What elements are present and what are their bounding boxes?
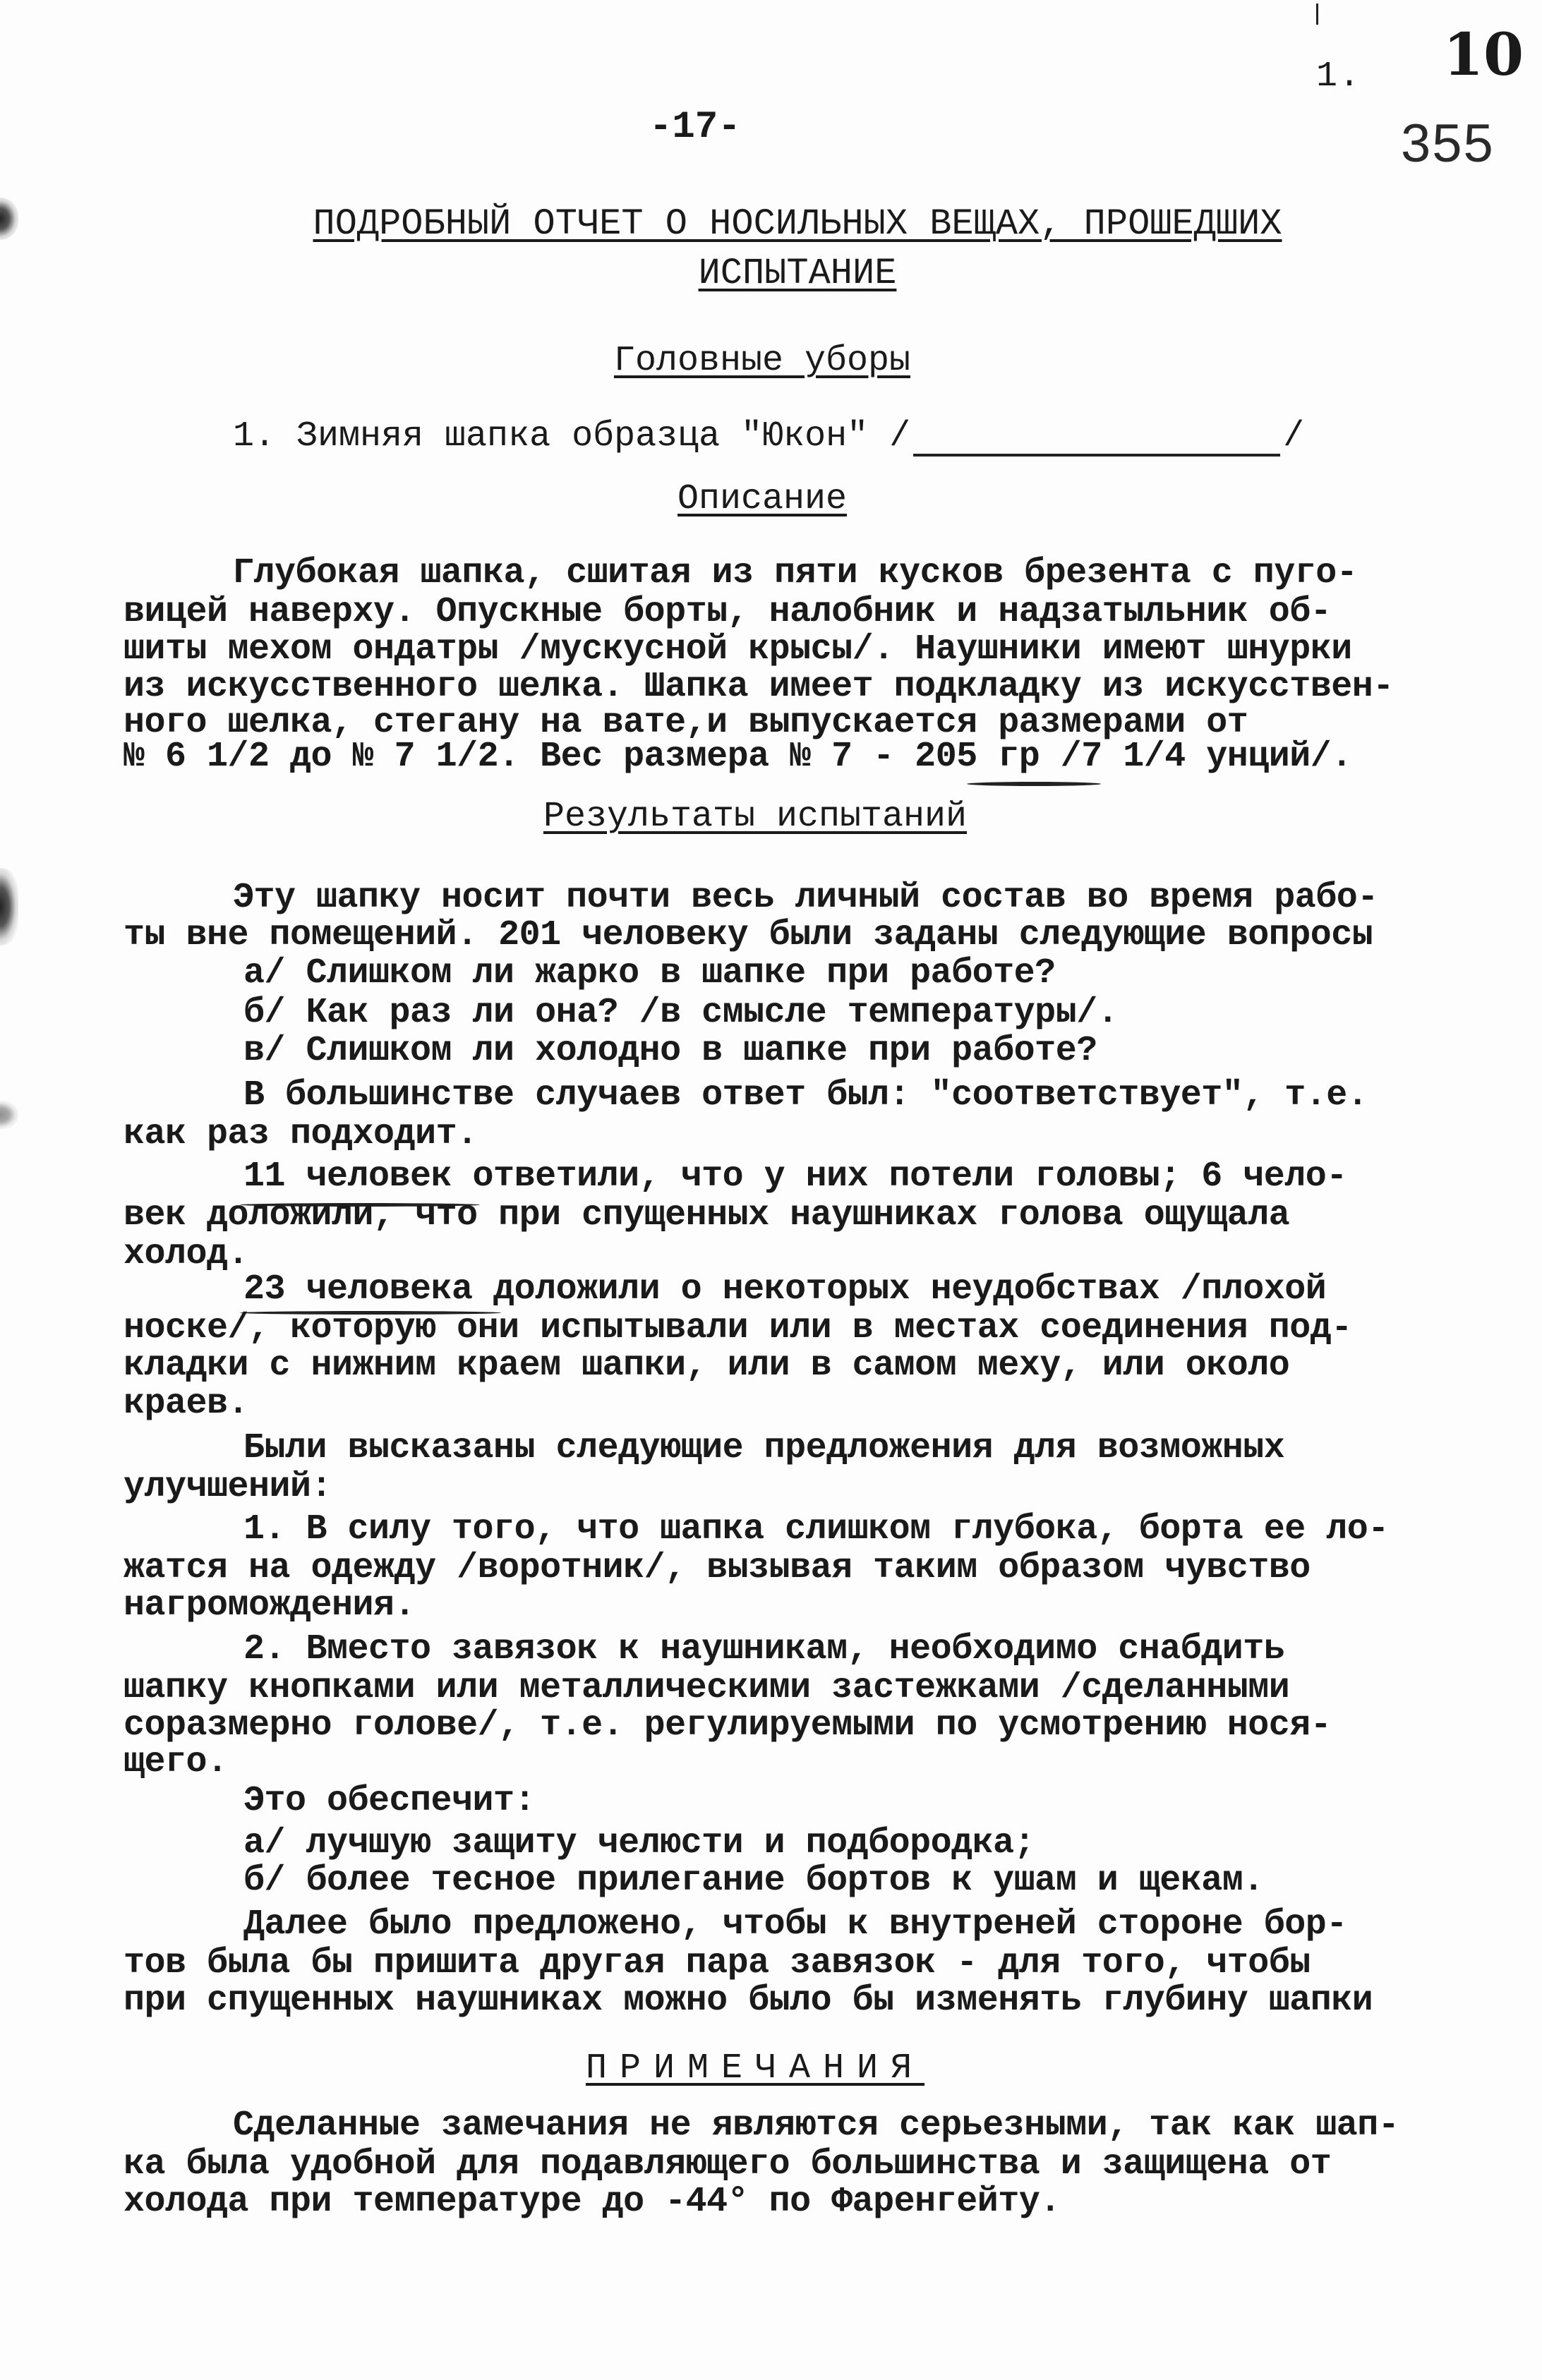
document-title-text: ПОДРОБНЫЙ ОТЧЕТ О НОСИЛЬНЫХ ВЕЩАХ, ПРОШЕ…	[313, 203, 1282, 245]
heading-text: Описание	[677, 479, 847, 519]
item-title-text: 1. Зимняя шапка образца "Юкон" /	[233, 416, 910, 457]
scan-artifact	[0, 868, 18, 946]
paragraph-line: улучшений:	[124, 1468, 332, 1507]
section-heading-headwear: Головные уборы	[92, 340, 1433, 382]
item-title-end: /	[1283, 416, 1304, 457]
question-line: в/ Слишком ли холодно в шапке при работе…	[243, 1032, 1097, 1071]
section-heading-results: Результаты испытаний	[85, 796, 1426, 838]
document-title-text: ИСПЫТАНИЕ	[699, 253, 897, 294]
suggestion-line: 1. В силу того, что шапка слишком глубок…	[243, 1510, 1389, 1550]
paragraph-line: щего.	[124, 1743, 228, 1782]
paragraph-line: шиты мехом ондатры /мускусной крысы/. На…	[124, 630, 1352, 670]
paragraph-line: вицей наверху. Опускные борты, налобник …	[124, 593, 1331, 632]
handwritten-underline	[967, 782, 1101, 786]
folio-small: 1.	[1316, 56, 1361, 97]
paragraph-line: жатся на одежду /воротник/, вызывая таки…	[124, 1549, 1311, 1588]
paragraph-line: 23 человека доложили о некоторых неудобс…	[243, 1270, 1326, 1310]
scan-artifact	[0, 198, 18, 240]
heading-text: Головные уборы	[614, 341, 910, 381]
question-line: а/ Слишком ли жарко в шапке при работе?	[243, 954, 1056, 993]
paragraph-line: соразмерно голове/, т.е. регулируемыми п…	[124, 1706, 1331, 1746]
paragraph-line: век доложили, что при спущенных наушника…	[124, 1196, 1289, 1236]
folio-number: 10	[1443, 21, 1524, 89]
question-line: б/ Как раз ли она? /в смысле температуры…	[243, 993, 1118, 1033]
paragraph-line: носке/, которую они испытывали или в мес…	[124, 1309, 1352, 1348]
paragraph-line: В большинстве случаев ответ был: "соотве…	[243, 1076, 1368, 1116]
paragraph-line: Эту шапку носит почти весь личный состав…	[233, 878, 1378, 918]
page-number: -17-	[649, 106, 741, 149]
paragraph-line: Были высказаны следующие предложения для…	[243, 1429, 1284, 1468]
paragraph-line: кладки с нижним краем шапки, или в самом…	[124, 1346, 1289, 1386]
heading-text: Результаты испытаний	[543, 797, 967, 837]
suggestion-line: 2. Вместо завязок к наушникам, необходим…	[243, 1630, 1284, 1669]
heading-text: ПРИМЕЧАНИЯ	[586, 2048, 924, 2089]
item-title: 1. Зимняя шапка образца "Юкон" //	[233, 416, 1304, 457]
paragraph-line: краев.	[124, 1384, 248, 1424]
paragraph-line: как раз подходит.	[124, 1115, 478, 1154]
document-title-line-2: ИСПЫТАНИЕ	[268, 250, 1327, 297]
paragraph-line: шапку кнопками или металлическими застеж…	[124, 1669, 1289, 1708]
folio-tick-mark	[1316, 4, 1318, 25]
paragraph-line: Далее было предложено, чтобы к внутреней…	[243, 1905, 1347, 1945]
list-item: б/ более тесное прилегание бортов к ушам…	[243, 1861, 1264, 1901]
paragraph-line: ка была удобной для подавляющего большин…	[124, 2145, 1331, 2185]
paragraph-line: № 6 1/2 до № 7 1/2. Вес размера № 7 - 20…	[124, 737, 1352, 777]
paragraph-line: нагромождения.	[124, 1586, 415, 1626]
paragraph-line: холод.	[124, 1235, 248, 1274]
paragraph-line: ты вне помещений. 201 человеку были зада…	[124, 916, 1373, 955]
paragraph-line: при спущенных наушниках можно было бы из…	[124, 1981, 1373, 2021]
paragraph-line: Сделанные замечания не являются серьезны…	[233, 2106, 1399, 2146]
paragraph-line: холода при температуре до -44° по Фаренг…	[124, 2182, 1061, 2222]
paragraph-line: Глубокая шапка, сшитая из пяти кусков бр…	[233, 554, 1357, 593]
paragraph-line: Это обеспечит:	[243, 1782, 535, 1821]
paragraph-line: 11 человек ответили, что у них потели го…	[243, 1157, 1347, 1197]
archive-stamp-number: 355	[1401, 113, 1495, 174]
blank-field-line	[913, 451, 1280, 457]
document-page: 1. 10 355 -17- ПОДРОБНЫЙ ОТЧЕТ О НОСИЛЬН…	[0, 0, 1542, 2380]
section-heading-notes: ПРИМЕЧАНИЯ	[99, 2048, 1411, 2090]
section-heading-description: Описание	[92, 478, 1433, 521]
document-title-line-1: ПОДРОБНЫЙ ОТЧЕТ О НОСИЛЬНЫХ ВЕЩАХ, ПРОШЕ…	[268, 201, 1327, 248]
scan-artifact	[0, 1101, 18, 1129]
paragraph-line: из искусственного шелка. Шапка имеет под…	[124, 668, 1394, 707]
list-item: а/ лучшую защиту челюсти и подбородка;	[243, 1824, 1035, 1863]
paragraph-line: тов была бы пришита другая пара завязок …	[124, 1944, 1311, 1983]
